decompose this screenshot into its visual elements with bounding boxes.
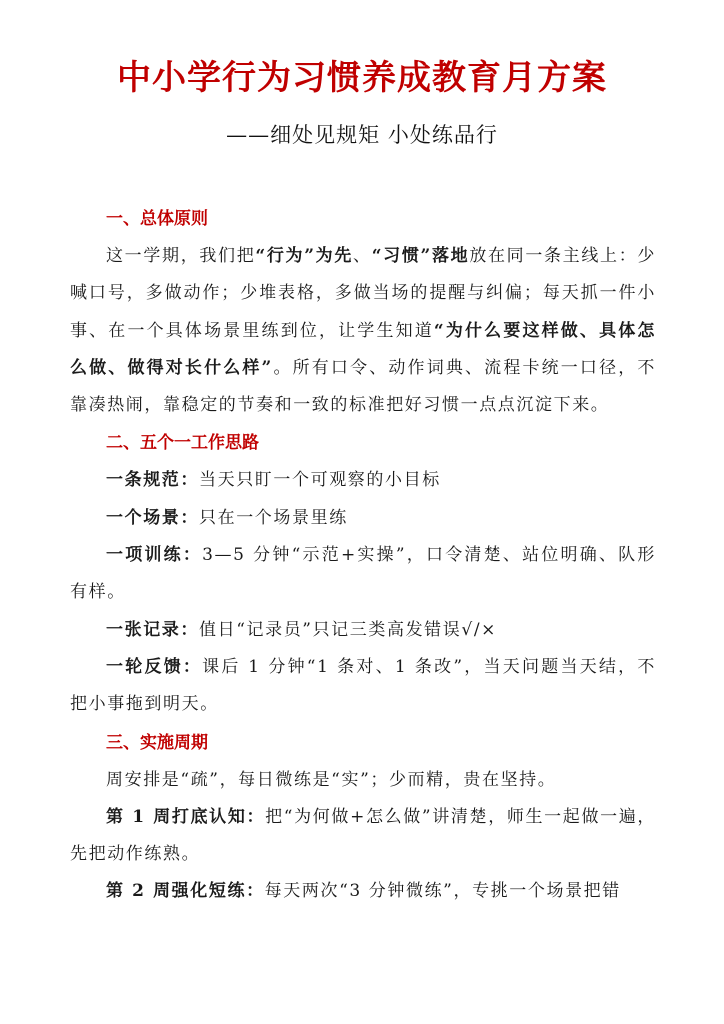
item-text: 值日“记录员”只记三类高发错误√/×	[199, 620, 497, 640]
paragraph-one-rule: 一条规范：当天只盯一个可观察的小目标	[70, 462, 656, 499]
paragraph-week-1: 第 1 周打底认知：把“为何做+怎么做”讲清楚，师生一起做一遍，先把动作练熟。	[70, 799, 656, 874]
item-text: 只在一个场景里练	[199, 508, 348, 528]
text-run: 这一学期，我们把	[106, 246, 255, 266]
paragraph: 这一学期，我们把“行为”为先、“习惯”落地放在同一条主线上：少喊口号，多做动作；…	[70, 238, 656, 424]
item-text: 周安排是“疏”，每日微练是“实”；少而精，贵在坚持。	[106, 770, 556, 790]
item-label: 一项训练：	[106, 545, 202, 565]
document-subtitle: ——细处见规矩 小处练品行	[0, 118, 724, 152]
section-heading-principles: 一、总体原则	[70, 200, 656, 238]
text-run: 、	[353, 246, 372, 266]
paragraph-one-feedback: 一轮反馈：课后 1 分钟“1 条对、1 条改”，当天问题当天结，不把小事拖到明天…	[70, 649, 656, 724]
item-text: 当天只盯一个可观察的小目标	[199, 470, 441, 490]
paragraph-one-training: 一项训练：3—5 分钟“示范+实操”，口令清楚、站位明确、队形有样。	[70, 537, 656, 612]
item-label: 一个场景：	[106, 508, 199, 528]
paragraph-one-scene: 一个场景：只在一个场景里练	[70, 500, 656, 537]
section-heading-five-ones: 二、五个一工作思路	[70, 424, 656, 462]
item-text: 每天两次“3 分钟微练”，专挑一个场景把错	[265, 881, 621, 901]
item-label: 第 1 周打底认知：	[106, 807, 265, 827]
paragraph-week-2: 第 2 周强化短练：每天两次“3 分钟微练”，专挑一个场景把错	[70, 873, 656, 910]
bold-text-run: “习惯”落地	[372, 246, 470, 266]
section-heading-schedule: 三、实施周期	[70, 724, 656, 762]
document-page: 中小学行为习惯养成教育月方案 ——细处见规矩 小处练品行 一、总体原则 这一学期…	[0, 0, 724, 1024]
item-label: 第 2 周强化短练：	[106, 881, 265, 901]
paragraph-one-record: 一张记录：值日“记录员”只记三类高发错误√/×	[70, 612, 656, 649]
bold-text-run: “行为”为先	[255, 246, 353, 266]
item-label: 一张记录：	[106, 620, 199, 640]
document-body: 一、总体原则 这一学期，我们把“行为”为先、“习惯”落地放在同一条主线上：少喊口…	[70, 200, 656, 911]
paragraph-schedule-intro: 周安排是“疏”，每日微练是“实”；少而精，贵在坚持。	[70, 762, 656, 799]
item-label: 一轮反馈：	[106, 657, 202, 677]
item-label: 一条规范：	[106, 470, 199, 490]
document-title: 中小学行为习惯养成教育月方案	[0, 54, 724, 102]
